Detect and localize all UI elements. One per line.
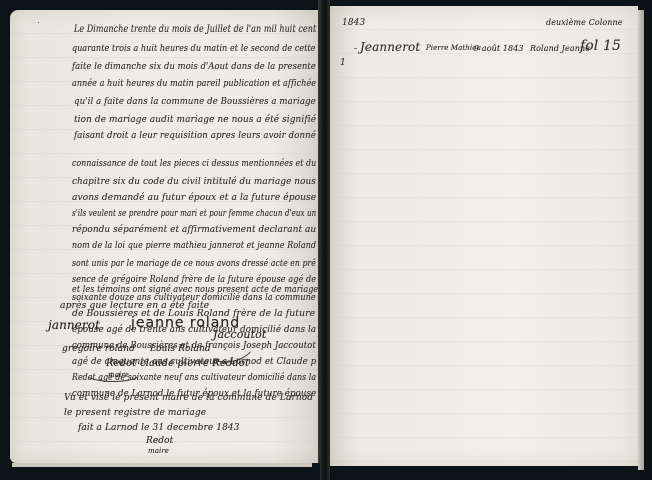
ruled-lines: [328, 6, 639, 466]
entry-given-names: Pierre Mathieu: [426, 44, 481, 52]
register-year: 1843: [342, 18, 365, 28]
column-header: deuxième Colonne: [546, 18, 623, 27]
note-signature: Redot: [146, 436, 173, 446]
note-line: Vu et visé le présent maire de la commun…: [64, 393, 313, 403]
signature-witness: Louis Roland: [150, 344, 211, 354]
row-number: 1: [340, 58, 346, 68]
right-page: 1843 1 - Jeannerot Pierre Mathieu 9 août…: [328, 6, 639, 466]
signature-groom: jannerot: [48, 318, 100, 332]
entry-dash: -: [354, 44, 357, 54]
note-line: fait a Larnod le 31 decembre 1843: [78, 423, 240, 433]
page-edge-bottom: [0, 463, 320, 480]
left-page-lower: et les témoins ont signé avec nous prese…: [0, 0, 320, 480]
entry-surname: Jeannerot: [360, 40, 420, 54]
signature-witness: gregoire roland: [62, 344, 135, 354]
entry-date: 9 août 1843: [474, 44, 524, 53]
page-edge: [638, 2, 652, 478]
signature-flourish: [84, 364, 142, 382]
book-gutter: [318, 0, 330, 480]
note-signature-title: maire: [148, 447, 169, 455]
act-line: et les témoins ont signé avec nous prese…: [72, 284, 318, 295]
note-line: le present registre de mariage: [64, 408, 206, 418]
scanned-register-spread: ˙ ˎ Le Dimanche trente du mois de Juille…: [0, 0, 652, 480]
act-line: après que lecture en a été faite: [60, 300, 209, 311]
entry-folio-mark: fol 15: [580, 38, 621, 54]
